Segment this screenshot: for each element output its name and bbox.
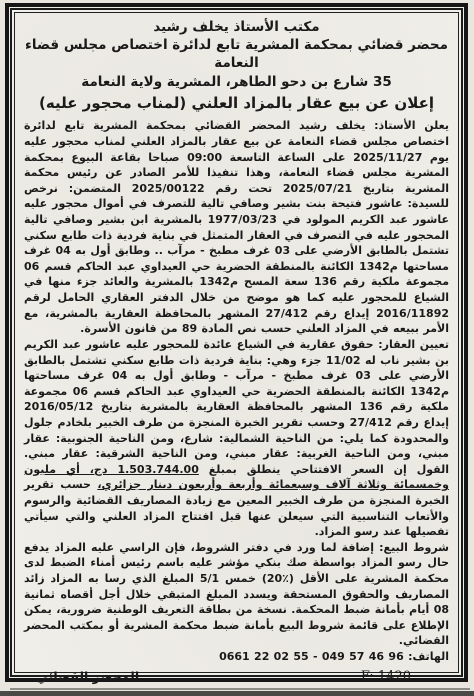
phone-line: الهاتف: 0661 22 02 55 - 049 57 46 96 xyxy=(24,649,449,665)
sale-conditions-paragraph: شروط البيع: إضافة لما ورد في دفتر الشروط… xyxy=(24,540,449,649)
notice-footer: F: 1420 المحضر القضائي xyxy=(24,665,449,686)
notice-title: إعلان عن بيع عقار بالمزاد العلني (لمناب … xyxy=(24,94,449,114)
notice-frame: مكتب الأستاذ يخلف رشيد محضر قضائي بمحكمة… xyxy=(5,3,468,682)
sale-conditions-label: شروط البيع: xyxy=(379,541,449,554)
property-designation-paragraph: تعيين العقار: حقوق عقارية في الشياع عائد… xyxy=(24,337,449,540)
bailiff-signature: المحضر القضائي xyxy=(36,669,139,684)
office-name: مكتب الأستاذ يخلف رشيد xyxy=(24,18,449,36)
next-ad-edge xyxy=(0,691,474,696)
phone-label: الهاتف: xyxy=(408,650,449,663)
notice-frame-mid: مكتب الأستاذ يخلف رشيد محضر قضائي بمحكمة… xyxy=(10,8,463,677)
notice-frame-inner: مكتب الأستاذ يخلف رشيد محضر قضائي بمحكمة… xyxy=(14,12,459,673)
property-description-text: حقوق عقارية في الشياع عائدة للمحجور عليه… xyxy=(24,338,449,476)
court-jurisdiction-line: محضر قضائي بمحكمة المشرية تابع لدائرة اخ… xyxy=(24,36,449,72)
phone-numbers: 0661 22 02 55 - 049 57 46 96 xyxy=(219,650,404,663)
announcement-text: يعلن الأستاذ: يخلف رشيد المحضر القضائي ب… xyxy=(24,119,449,335)
announcement-paragraph: يعلن الأستاذ: يخلف رشيد المحضر القضائي ب… xyxy=(24,118,449,337)
next-ad-edge-faint xyxy=(10,688,470,690)
newspaper-scan-page: مكتب الأستاذ يخلف رشيد محضر قضائي بمحكمة… xyxy=(0,0,474,696)
property-designation-label: تعيين العقار: xyxy=(378,338,449,351)
office-address-line: 35 شارع بن دحو الطاهر، المشرية ولاية الن… xyxy=(24,73,449,91)
notice-header: مكتب الأستاذ يخلف رشيد محضر قضائي بمحكمة… xyxy=(24,18,449,118)
sale-conditions-text: إضافة لما ورد في دفتر الشروط، فإن الراسي… xyxy=(24,541,449,648)
notice-body: يعلن الأستاذ: يخلف رشيد المحضر القضائي ب… xyxy=(24,118,449,664)
reference-number: F: 1420 xyxy=(361,669,411,684)
